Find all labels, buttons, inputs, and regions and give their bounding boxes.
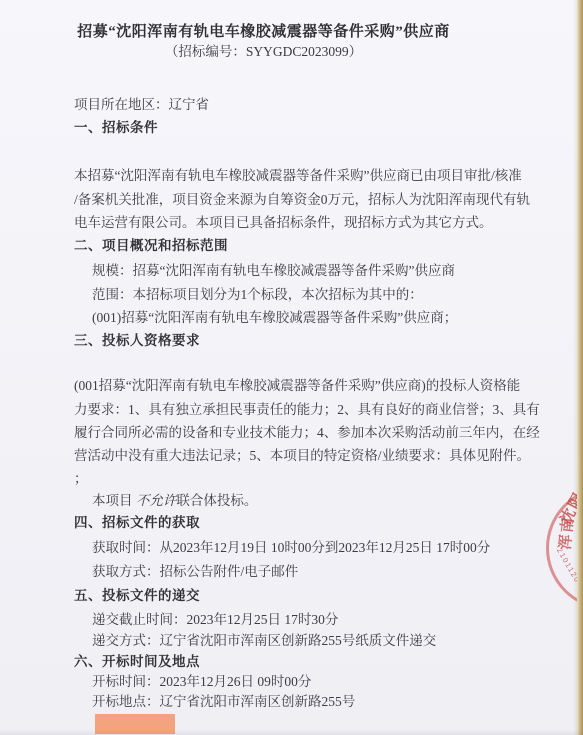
joint-venture-not-allowed: 不允许 — [136, 493, 177, 508]
scan-bottom-shade — [0, 729, 583, 735]
tender-number: （招标编号：SYYGDC2023099） — [0, 44, 527, 59]
region-line: 项目所在地区：辽宁省 — [74, 97, 209, 112]
qualification-line-3: 履行合同所必需的设备和专业技术能力；4、参加本次采购活动前三年内，在经 — [74, 425, 540, 440]
obtain-method-line: 获取方式：招标公告附件/电子邮件 — [92, 564, 298, 579]
opening-place-line: 开标地点：辽宁省沈阳市浑南区创新路255号 — [92, 694, 355, 709]
scan-edge-strip — [577, 0, 583, 735]
doc-title: 招募“沈阳浑南有轨电车橡胶减震器等备件采购”供应商 — [0, 25, 527, 40]
obtain-time-line: 获取时间：从2023年12月19日 10时00分到2023年12月25日 17时… — [92, 540, 490, 555]
section-4-heading: 四、招标文件的获取 — [74, 515, 200, 530]
stray-semicolon: ； — [74, 471, 88, 486]
joint-venture-suffix: 联合体投标。 — [176, 493, 257, 508]
scale-line: 规模：招募“沈阳浑南有轨电车橡胶减震器等备件采购”供应商 — [92, 263, 455, 278]
scanned-tender-document: 招募“沈阳浑南有轨电车橡胶减震器等备件采购”供应商 （招标编号：SYYGDC20… — [0, 0, 583, 735]
section-2-heading: 二、项目概况和招标范围 — [74, 238, 228, 253]
lot-001-line: (001)招募“沈阳浑南有轨电车橡胶减震器等备件采购”供应商； — [92, 310, 457, 325]
joint-venture-line: 本项目 不允许联合体投标。 — [92, 493, 257, 508]
qualification-line-2: 力要求：1、具有独立承担民事责任的能力；2、具有良好的商业信誉；3、具有 — [74, 402, 540, 417]
section-1-heading: 一、招标条件 — [74, 120, 158, 135]
submit-deadline-line: 递交截止时间：2023年12月25日 17时30分 — [92, 612, 338, 627]
section-3-heading: 三、投标人资格要求 — [74, 333, 200, 348]
qualification-line-4: 营活动中没有重大违法记录；5、本项目的特定资格/业绩要求：具体见附件。 — [74, 448, 530, 463]
section-1-paragraph-line-2: /备案机关批准，项目资金来源为自筹资金0万元，招标人为沈阳浑南现代有轨 — [74, 192, 530, 207]
section-1-paragraph-line-1: 本招募“沈阳浑南有轨电车橡胶减震器等备件采购”供应商已由项目审批/核准 — [74, 168, 522, 183]
section-6-heading: 六、开标时间及地点 — [74, 654, 200, 669]
section-5-heading: 五、投标文件的递交 — [74, 588, 200, 603]
scope-line: 范围：本招标项目划分为1个标段，本次招标为其中的： — [92, 287, 423, 302]
joint-venture-prefix: 本项目 — [92, 493, 136, 508]
submit-method-line: 递交方式：辽宁省沈阳市浑南区创新路255号纸质文件递交 — [92, 633, 436, 648]
qualification-line-1: (001招募“沈阳浑南有轨电车橡胶减震器等备件采购”供应商)的投标人资格能 — [74, 378, 520, 393]
opening-time-line: 开标时间：2023年12月26日 09时00分 — [92, 674, 311, 689]
section-1-paragraph-line-3: 电车运营有限公司。本项目已具备招标条件，现招标方式为其它方式。 — [74, 215, 493, 230]
